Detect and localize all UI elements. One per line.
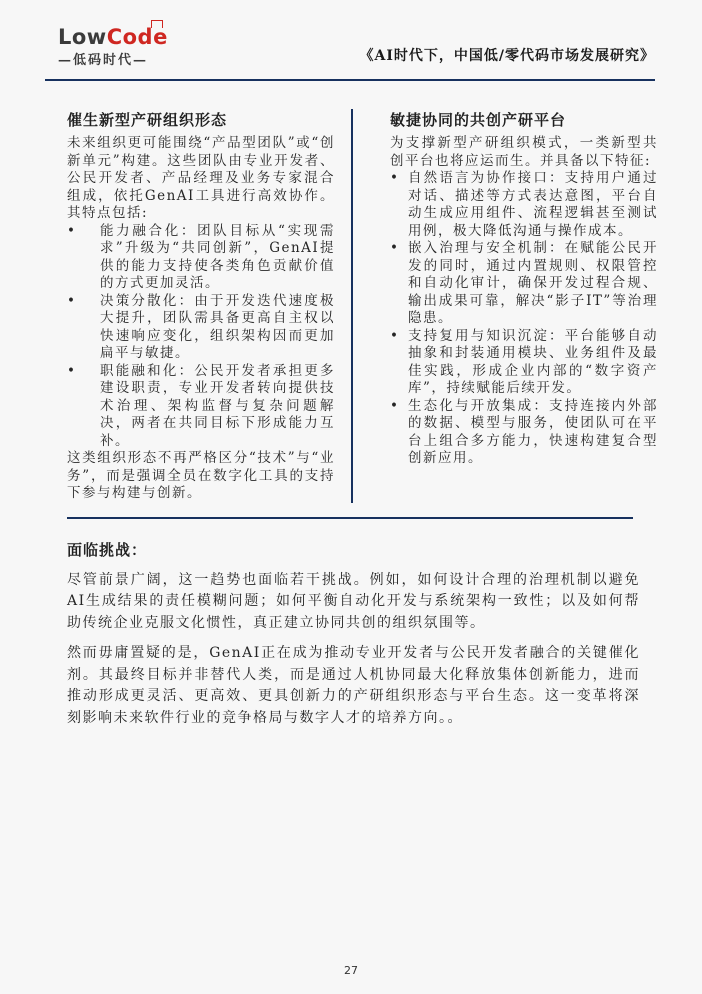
logo-text-code: Code: [107, 25, 168, 49]
bullet-text: 嵌入治理与安全机制：在赋能公民开发的同时，通过内置规则、权限管控和自动化审计，确…: [408, 240, 658, 328]
logo-tagline: —低码时代—: [58, 54, 168, 67]
left-outro-paragraph: 这类组织形态不再严格区分“技术”与“业务”，而是强调全员在数字化工具的支持下参与…: [67, 450, 335, 503]
bullet-text: 自然语言为协作接口：支持用户通过对话、描述等方式表达意图，平台自动生成应用组件、…: [408, 170, 658, 240]
right-intro-paragraph: 为支撑新型产研组织模式，一类新型共创平台也将应运而生。并具备以下特征:: [390, 135, 658, 170]
two-column-section: 催生新型产研组织形态 未来组织更可能围绕“产品型团队”或“创新单元”构建。这些团…: [67, 109, 658, 503]
bullet-text: 能力融合化：团队目标从“实现需求”升级为“共同创新”，GenAI提供的能力支持使…: [100, 223, 335, 293]
bullet-text: 职能融和化：公民开发者承担更多建设职责，专业开发者转向提供技术治理、架构监督与复…: [100, 363, 335, 451]
challenges-paragraph: 尽管前景广阔，这一趋势也面临若干挑战。例如，如何设计合理的治理机制以避免AI生成…: [67, 570, 640, 635]
bullet-icon: •: [67, 363, 100, 451]
section-divider-rule: [67, 517, 633, 519]
list-item: • 嵌入治理与安全机制：在赋能公民开发的同时，通过内置规则、权限管控和自动化审计…: [390, 240, 658, 328]
bullet-icon: •: [390, 240, 408, 328]
page-header: LowCode —低码时代— 《AI时代下，中国低/零代码市场发展研究》: [0, 0, 702, 67]
logo-text-low: Low: [58, 25, 107, 49]
bullet-icon: •: [390, 398, 408, 468]
document-title: 《AI时代下，中国低/零代码市场发展研究》: [359, 45, 655, 67]
bullet-text: 决策分散化：由于开发迭代速度极大提升，团队需具备更高自主权以快速响应变化，组织架…: [100, 293, 335, 363]
left-column-heading: 催生新型产研组织形态: [67, 109, 335, 130]
page-number: 27: [0, 964, 702, 977]
challenges-paragraph: 然而毋庸置疑的是，GenAI正在成为推动专业开发者与公民开发者融合的关键催化剂。…: [67, 643, 640, 729]
column-divider-rule: [351, 109, 353, 503]
list-item: • 生态化与开放集成：支持连接内外部的数据、模型与服务，使团队可在平台上组合多方…: [390, 398, 658, 468]
bullet-icon: •: [67, 293, 100, 363]
header-divider-rule: [45, 79, 655, 81]
right-column: 敏捷协同的共创产研平台 为支撑新型产研组织模式，一类新型共创平台也将应运而生。并…: [390, 109, 658, 503]
bullet-icon: •: [390, 328, 408, 398]
list-item: • 自然语言为协作接口：支持用户通过对话、描述等方式表达意图，平台自动生成应用组…: [390, 170, 658, 240]
challenges-section: 面临挑战： 尽管前景广阔，这一趋势也面临若干挑战。例如，如何设计合理的治理机制以…: [67, 539, 640, 730]
bullet-icon: •: [67, 223, 100, 293]
right-column-heading: 敏捷协同的共创产研平台: [390, 109, 658, 130]
report-page: LowCode —低码时代— 《AI时代下，中国低/零代码市场发展研究》 催生新…: [0, 0, 702, 994]
list-item: • 能力融合化：团队目标从“实现需求”升级为“共同创新”，GenAI提供的能力支…: [67, 223, 335, 293]
bullet-icon: •: [390, 170, 408, 240]
list-item: • 决策分散化：由于开发迭代速度极大提升，团队需具备更高自主权以快速响应变化，组…: [67, 293, 335, 363]
logo-bracket-icon: [151, 20, 163, 28]
lowcode-logo: LowCode —低码时代—: [58, 27, 168, 67]
list-item: • 支持复用与知识沉淀：平台能够自动抽象和封装通用模块、业务组件及最佳实践，形成…: [390, 328, 658, 398]
bullet-text: 支持复用与知识沉淀：平台能够自动抽象和封装通用模块、业务组件及最佳实践，形成企业…: [408, 328, 658, 398]
left-column-body: 未来组织更可能围绕“产品型团队”或“创新单元”构建。这些团队由专业开发者、公民开…: [67, 135, 335, 503]
challenges-heading: 面临挑战：: [67, 539, 640, 560]
logo-wordmark: LowCode: [58, 27, 168, 48]
left-intro-paragraph: 未来组织更可能围绕“产品型团队”或“创新单元”构建。这些团队由专业开发者、公民开…: [67, 135, 335, 223]
right-column-body: 为支撑新型产研组织模式，一类新型共创平台也将应运而生。并具备以下特征: • 自然…: [390, 135, 658, 468]
left-column: 催生新型产研组织形态 未来组织更可能围绕“产品型团队”或“创新单元”构建。这些团…: [67, 109, 335, 503]
list-item: • 职能融和化：公民开发者承担更多建设职责，专业开发者转向提供技术治理、架构监督…: [67, 363, 335, 451]
bullet-text: 生态化与开放集成：支持连接内外部的数据、模型与服务，使团队可在平台上组合多方能力…: [408, 398, 658, 468]
